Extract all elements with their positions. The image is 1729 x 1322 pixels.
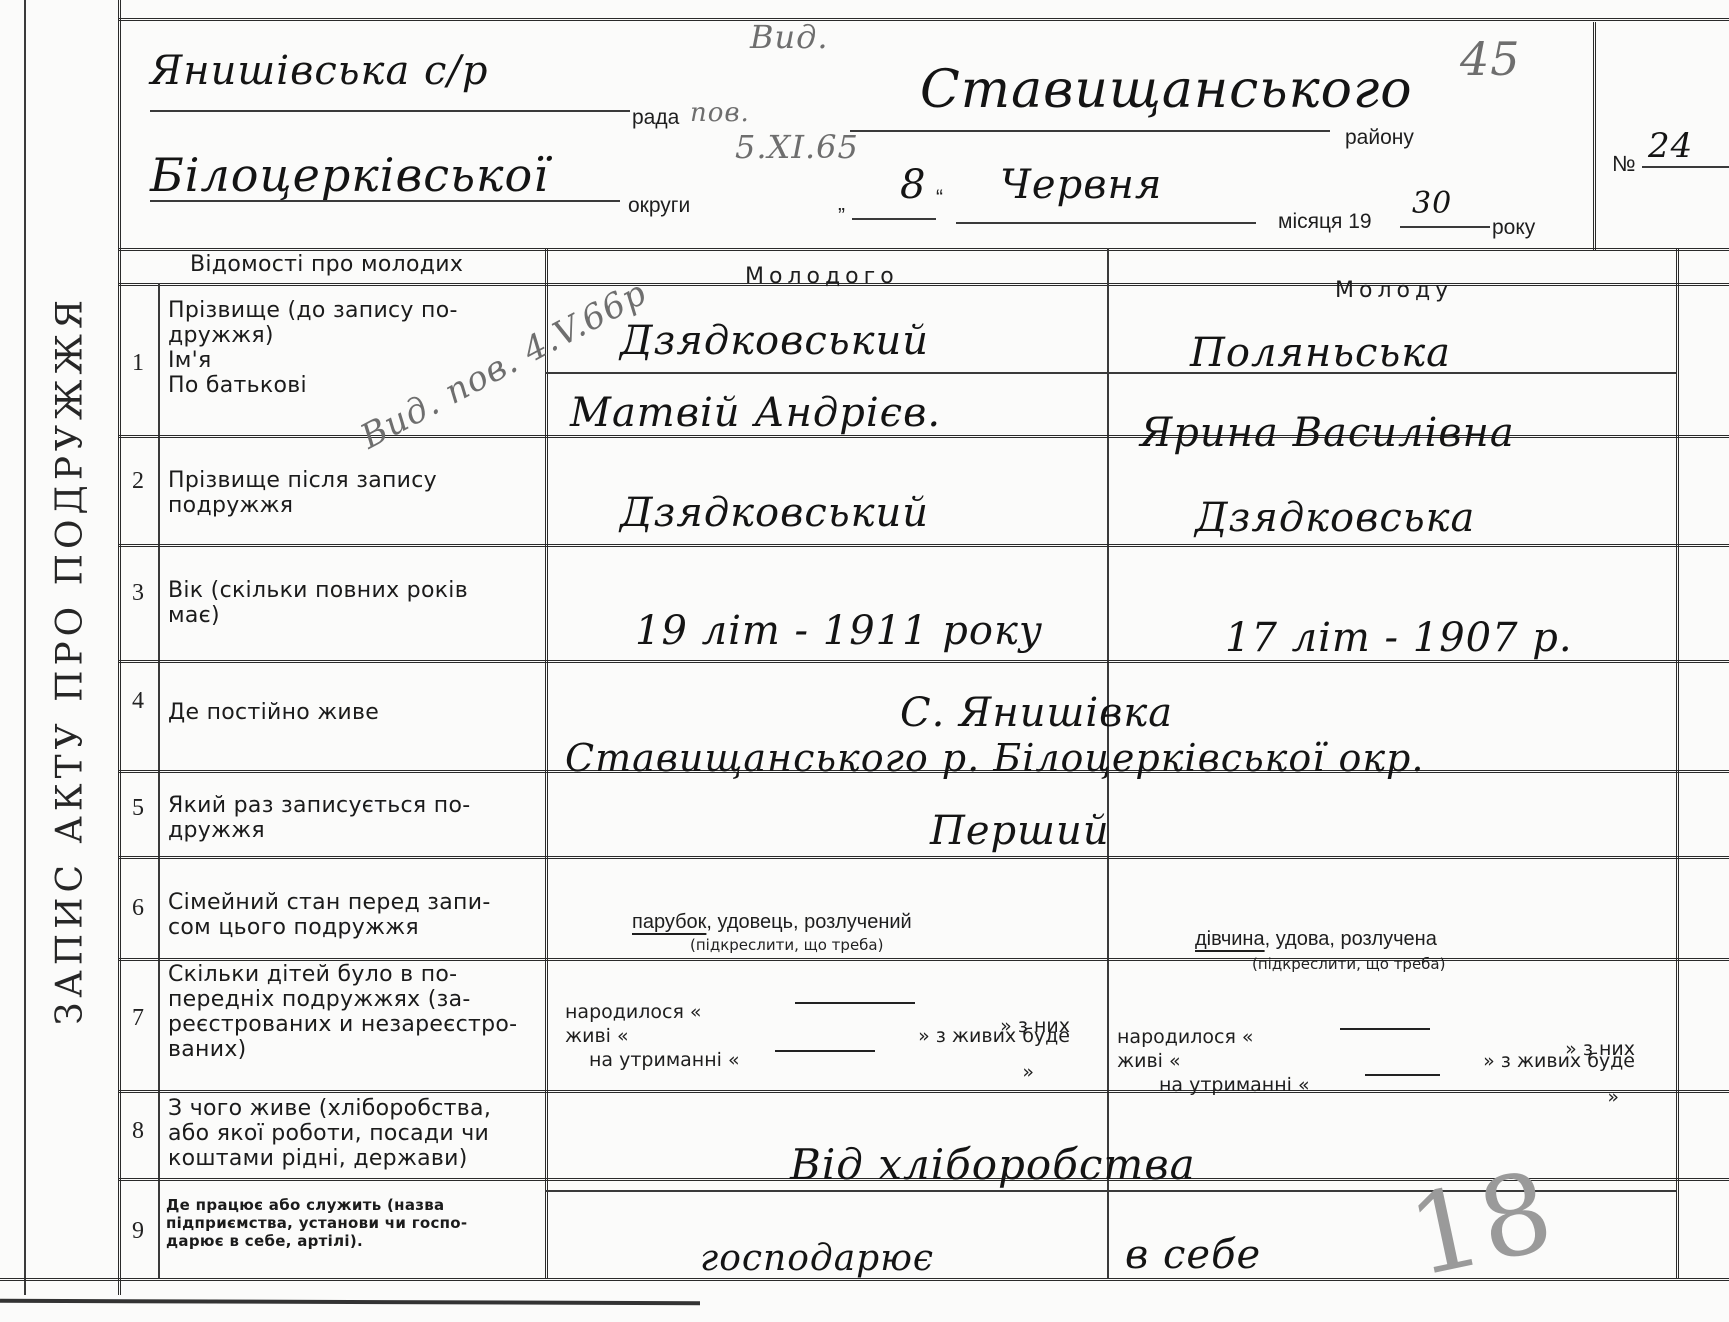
bride-marital-selected: дівчина (1195, 928, 1265, 950)
number-value: 24 (1648, 126, 1693, 166)
district-underline (850, 130, 1330, 132)
row-1-number: 1 (118, 350, 158, 377)
groom-surname-after: Дзядковський (620, 490, 929, 536)
row-4-label-line: Де постійно живе (168, 700, 528, 725)
date-close-quote: “ (936, 184, 943, 212)
row-6-label-line: Сімейний стан перед запи- (168, 890, 528, 915)
alive-label: живі « (1117, 1050, 1181, 1072)
row-9-label: Де працює або служить (назва підприємств… (166, 1196, 526, 1250)
row-2-label-line: Прізвище після запису (168, 468, 528, 493)
row-8-label-line: коштами рідні, держави) (168, 1146, 528, 1171)
frame-left-inner (118, 0, 121, 1295)
row-7-label-line: Скільки дітей було в по- (168, 962, 528, 987)
annotation-corner: 45 (1460, 32, 1521, 86)
residence-district: Ставищанського р. Білоцерківської окр. (565, 736, 1424, 780)
rada-value: Янишівська с/р (150, 48, 489, 94)
born-label: народилося « (1117, 1026, 1254, 1048)
document-title-vertical: ЗАПИС АКТУ ПРО ПОДРУЖЖЯ (40, 270, 100, 1050)
row-5-label-line: Який раз записується по- (168, 793, 528, 818)
district-value: Ставищанського (920, 60, 1413, 120)
col-label-divider (545, 248, 548, 1278)
row1-subline (545, 372, 1676, 374)
row-7-label-line: реєстрованих и незареєстро- (168, 1012, 528, 1037)
groom-marital-hint: (підкреслити, що треба) (690, 936, 883, 954)
row-6-label-line: сом цього подружжя (168, 915, 528, 940)
bride-support-line: на утриманні «» (1117, 1073, 1635, 1097)
table-top-line (118, 248, 1729, 251)
row-8-number: 8 (118, 1118, 158, 1145)
row-1-label-line: Прізвище (до запису по- (168, 298, 528, 323)
alive-suffix: » з живих буде (918, 1024, 1070, 1048)
bride-age: 17 літ - 1907 р. (1225, 615, 1573, 661)
row-5-label: Який раз записується по- дружжя (168, 793, 528, 843)
row-2-label: Прізвище після запису подружжя (168, 468, 528, 518)
okruha-value: Білоцерківської (150, 148, 549, 202)
row-8-label: З чого живе (хліборобства, або якої робо… (168, 1096, 528, 1171)
groom-support-dash (775, 1050, 875, 1052)
row-7-label-line: передніх подружжях (за- (168, 987, 528, 1012)
bride-marital-rest: , удова, розлучена (1265, 928, 1437, 950)
livelihood: Від хліборобства (790, 1140, 1196, 1189)
support-label: на утриманні « (589, 1049, 740, 1071)
frame-top (118, 18, 1729, 21)
row-9-label-line: Де працює або служить (назва (166, 1196, 526, 1214)
okruha-underline (150, 200, 620, 202)
frame-left-outer (24, 0, 26, 1295)
year-value: 30 (1412, 186, 1452, 221)
groom-workplace: господарює (700, 1238, 934, 1279)
row-5-number: 5 (118, 795, 158, 822)
row-2-number: 2 (118, 468, 158, 495)
col-num-divider (158, 283, 160, 1278)
info-column-header: Відомості про молодих (190, 252, 463, 277)
row-1-label-line: дружжя) (168, 323, 528, 348)
row-9-label-line: підприємства, установи чи госпо- (166, 1214, 526, 1232)
row-7-number: 7 (118, 1005, 158, 1032)
row-5-label-line: дружжя (168, 818, 528, 843)
month-label: місяця 19 (1278, 208, 1372, 236)
annotation-date: 5.XI.65 (735, 128, 859, 166)
groom-column-header: Молодого (745, 264, 899, 289)
groom-children-block: народилося «» з них живі «» з живих буде… (565, 1000, 1070, 1072)
support-label: на утриманні « (1159, 1074, 1310, 1096)
row-6-label: Сімейний стан перед запи- сом цього подр… (168, 890, 528, 940)
okruha-label: округи (628, 192, 690, 220)
table-header-line (118, 283, 1729, 286)
day-underline (852, 218, 936, 220)
row-sep-5 (118, 856, 1729, 859)
date-open-quote: „ (838, 190, 845, 218)
row-9-label-line: дарює в себе, артілі). (166, 1232, 526, 1250)
born-label: народилося « (565, 1001, 702, 1023)
row-3-label-line: має) (168, 603, 528, 628)
groom-marital-selected: парубок (632, 911, 706, 933)
day-value: 8 (900, 162, 926, 208)
support-suffix: » (1022, 1060, 1034, 1084)
bride-marital-status: дівчина, удова, розлучена (1195, 925, 1437, 953)
alive-label: живі « (565, 1025, 629, 1047)
groom-alive-line: живі «» з живих буде (565, 1024, 1070, 1048)
row-4-label: Де постійно живе (168, 700, 528, 725)
row-9-number: 9 (118, 1218, 158, 1245)
alive-suffix: » з живих буде (1483, 1049, 1635, 1073)
number-underline (1642, 166, 1729, 168)
bride-alive-line: живі «» з живих буде (1117, 1049, 1635, 1073)
number-label: № (1612, 150, 1636, 178)
bride-support-dash (1365, 1074, 1440, 1076)
month-value: Червня (1000, 162, 1162, 208)
groom-name-patronymic: Матвій Андрієв. (570, 390, 941, 436)
row-3-label: Вік (скільки повних років має) (168, 578, 528, 628)
groom-marital-status: парубок, удовець, розлучений (632, 908, 912, 936)
month-underline (956, 222, 1256, 224)
row-2-label-line: подружжя (168, 493, 528, 518)
groom-born-dash (795, 1002, 915, 1004)
number-box-divider (1593, 22, 1596, 250)
groom-marital-rest: , удовець, розлучений (706, 911, 911, 933)
bride-name-patronymic: Ярина Василівна (1140, 410, 1515, 456)
row-3-label-line: Вік (скільки повних років (168, 578, 528, 603)
row-7-label-line: ваних) (168, 1037, 528, 1062)
groom-surname-before: Дзядковський (620, 318, 929, 364)
bride-workplace: в себе (1125, 1232, 1261, 1278)
bride-surname-before: Поляньська (1190, 330, 1451, 376)
groom-age: 19 літ - 1911 року (635, 608, 1043, 654)
row-7-label: Скільки дітей було в по- передніх подруж… (168, 962, 528, 1062)
col-right-divider (1676, 248, 1679, 1278)
row-8-label-line: З чого живе (хліборобства, (168, 1096, 528, 1121)
support-suffix: » (1607, 1085, 1619, 1109)
bride-born-dash (1340, 1028, 1430, 1030)
rada-underline (150, 110, 630, 112)
rada-label: рада (632, 104, 679, 132)
marriage-record-page: ЗАПИС АКТУ ПРО ПОДРУЖЖЯ Янишівська с/р р… (0, 0, 1729, 1322)
district-label: району (1345, 124, 1414, 152)
row-sep-6 (118, 958, 1729, 961)
row-3-number: 3 (118, 580, 158, 607)
torn-edge (0, 1299, 700, 1311)
bride-surname-after: Дзядковська (1195, 495, 1475, 541)
row-8-label-line: або якої роботи, посади чи (168, 1121, 528, 1146)
row-4-number: 4 (118, 688, 158, 715)
year-underline (1400, 226, 1490, 228)
bride-children-block: народилося «» з них живі «» з живих буде… (1117, 1025, 1635, 1097)
bride-column-header: Молоду (1335, 278, 1453, 303)
residence-village: С. Янишівка (900, 690, 1173, 736)
year-label: року (1492, 214, 1535, 242)
bride-marital-hint: (підкреслити, що треба) (1252, 955, 1445, 973)
annotation-top: Вид. (750, 18, 829, 56)
marriage-count: Перший (930, 808, 1110, 854)
row-sep-2 (118, 544, 1729, 547)
row-6-number: 6 (118, 895, 158, 922)
annotation-mid: пов. (690, 98, 750, 128)
